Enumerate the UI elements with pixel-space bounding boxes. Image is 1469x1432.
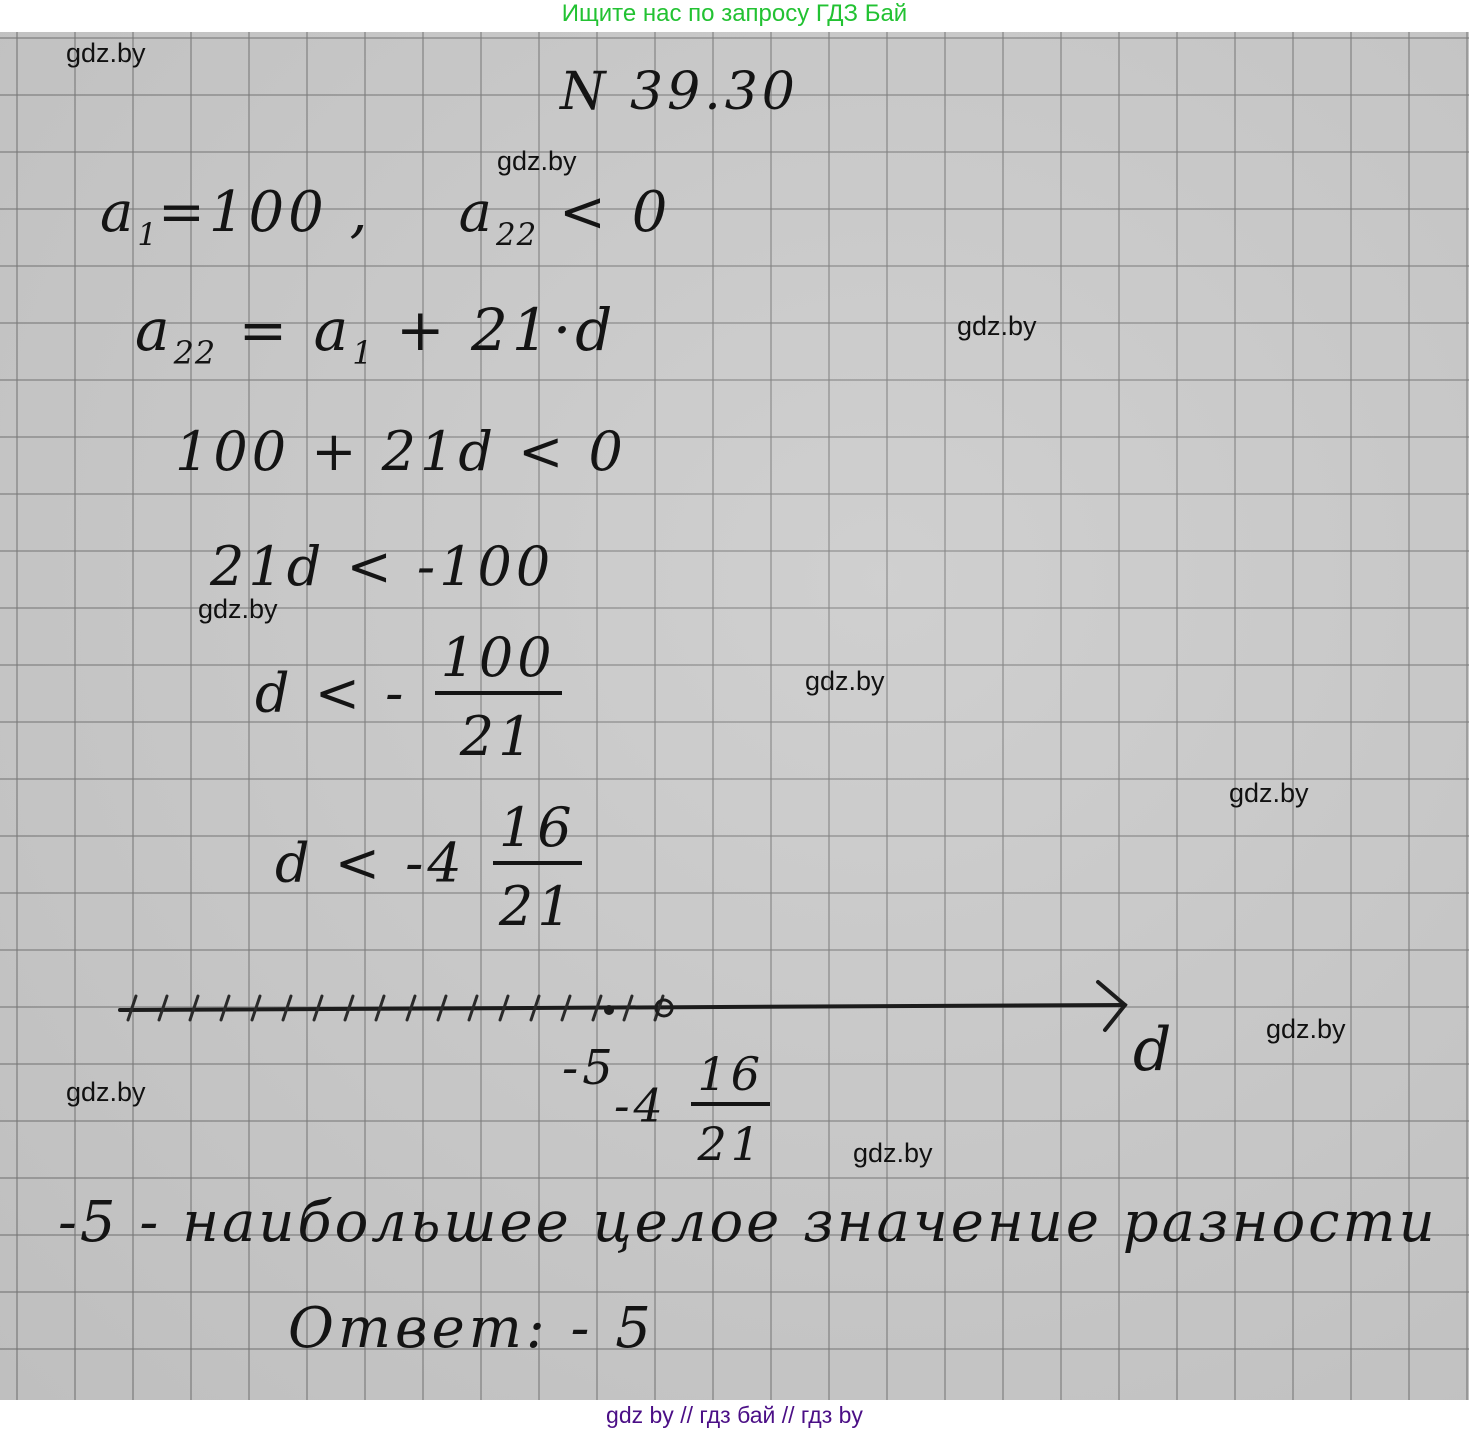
axis-label: d xyxy=(1133,1015,1175,1085)
watermark: gdz.by xyxy=(198,594,278,625)
watermark: gdz.by xyxy=(66,1077,146,1108)
point-label-minus-5: -5 xyxy=(562,1040,617,1096)
point-label-open: -4 16 21 xyxy=(614,1050,770,1169)
watermark: gdz.by xyxy=(66,38,146,69)
fraction: 16 21 xyxy=(691,1050,770,1169)
conclusion: -5 - наибольшее целое значение разности xyxy=(58,1190,1438,1255)
fraction-numerator: 16 xyxy=(691,1050,770,1106)
watermark: gdz.by xyxy=(1229,778,1309,809)
filled-point xyxy=(604,1005,614,1015)
fraction-denominator: 21 xyxy=(697,1106,764,1168)
watermark: gdz.by xyxy=(853,1138,933,1169)
watermark: gdz.by xyxy=(497,146,577,177)
watermark: gdz.by xyxy=(1266,1014,1346,1045)
watermark: gdz.by xyxy=(957,311,1037,342)
watermark: gdz.by xyxy=(805,666,885,697)
open-point-whole: -4 xyxy=(614,1078,667,1132)
answer: Ответ: - 5 xyxy=(288,1296,655,1361)
